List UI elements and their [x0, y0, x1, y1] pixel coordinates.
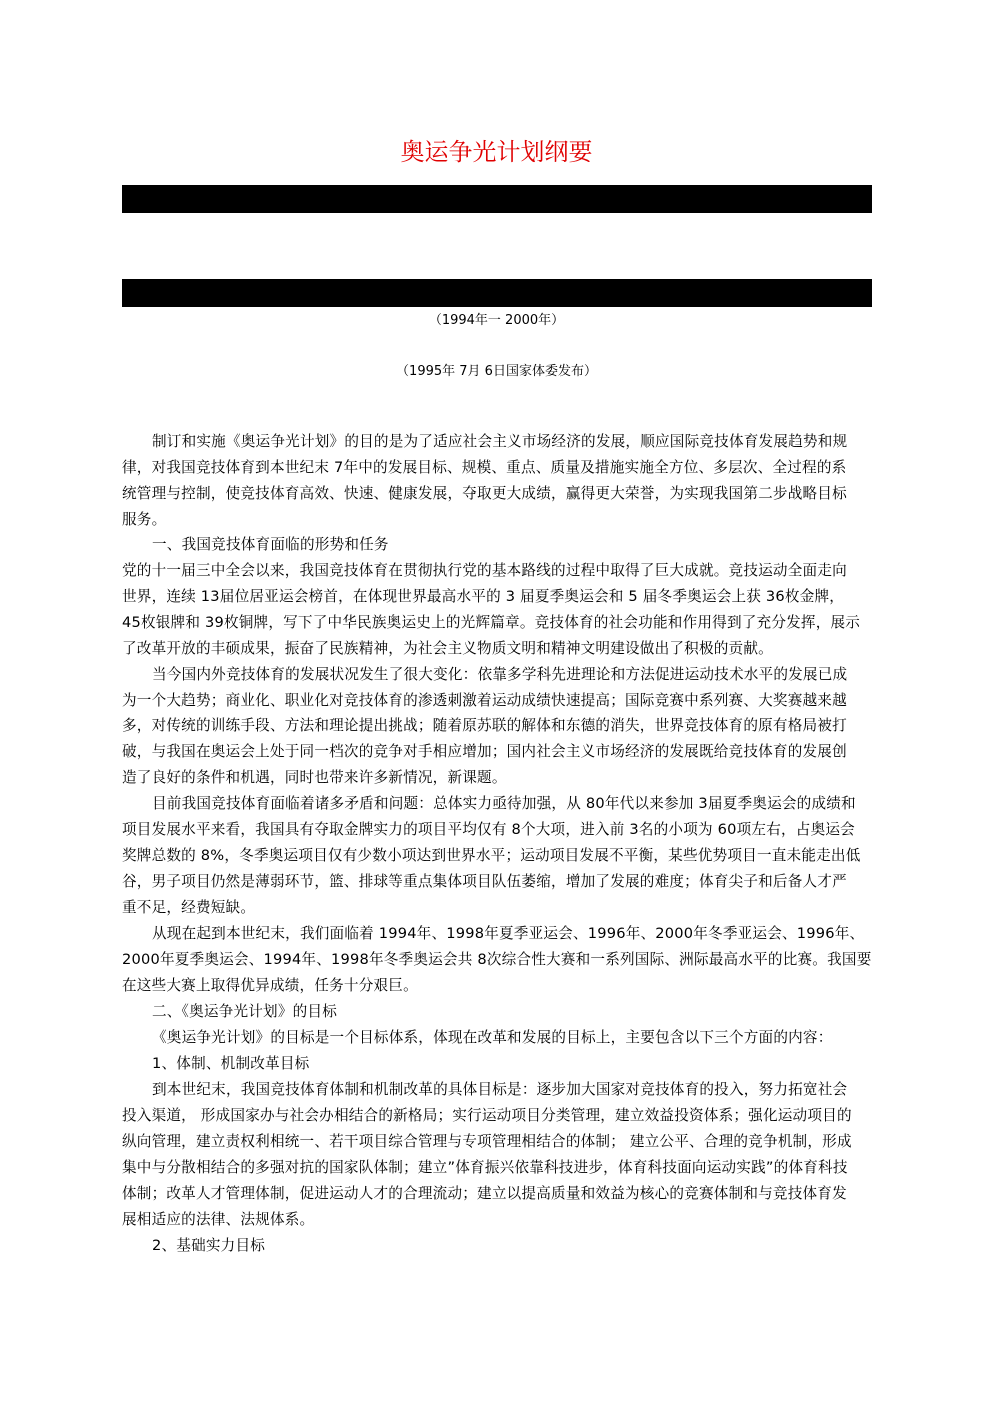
subsection-1-p1-line: 展相适应的法律、法规体系。 — [122, 1210, 314, 1230]
section-1-p4-line: 在这些大赛上取得优异成绩，任务十分艰巨。 — [122, 976, 418, 996]
section-1-p1-line: 世界，连续 13届位居亚运会榜首，在体现世界最高水平的 3 届夏季奥运会和 5 … — [122, 587, 844, 607]
date-range: （1994年一 2000年） — [0, 312, 993, 330]
intro-line: 制订和实施《奥运争光计划》的目的是为了适应社会主义市场经济的发展，顺应国际竞技体… — [152, 432, 847, 452]
subsection-1-p1-line: 集中与分散相结合的多强对抗的国家队体制；建立”体育振兴依靠科技进步，体育科技面向… — [122, 1158, 848, 1178]
intro-line: 统管理与控制，使竞技体育高效、快速、健康发展，夺取更大成绩，赢得更大荣誉，为实现… — [122, 484, 847, 504]
intro-line: 律，对我国竞技体育到本世纪末 7年中的发展目标、规模、重点、质量及措施实施全方位… — [122, 458, 846, 478]
section-1-p2-line: 破，与我国在奥运会上处于同一档次的竞争对手相应增加；国内社会主义市场经济的发展既… — [122, 742, 847, 762]
redaction-bar — [122, 279, 872, 307]
section-1-p3-line: 谷，男子项目仍然是薄弱环节，篮、排球等重点集体项目队伍萎缩，增加了发展的难度；体… — [122, 872, 847, 892]
section-1-p2-line: 多，对传统的训练手段、方法和理论提出挑战；随着原苏联的解体和东德的消失，世界竞技… — [122, 716, 847, 736]
document-page: 奥运争光计划纲要 （1994年一 2000年） （1995年 7月 6日国家体委… — [0, 0, 993, 1404]
subsection-1-p1-line: 体制；改革人才管理体制，促进运动人才的合理流动；建立以提高质量和效益为核心的竞赛… — [122, 1184, 847, 1204]
section-1-p2-line: 为一个大趋势；商业化、职业化对竞技体育的渗透刺激着运动成绩快速提高；国际竞赛中系… — [122, 691, 847, 711]
section-2-intro: 《奥运争光计划》的目标是一个目标体系，体现在改革和发展的目标上，主要包含以下三个… — [152, 1028, 833, 1048]
section-1-heading: 一、我国竞技体育面临的形势和任务 — [152, 535, 389, 555]
section-1-p2-line: 造了良好的条件和机遇，同时也带来许多新情况，新课题。 — [122, 768, 507, 788]
section-1-p1-line: 党的十一届三中全会以来，我国竞技体育在贯彻执行党的基本路线的过程中取得了巨大成就… — [122, 561, 847, 581]
subsection-1-heading: 1、体制、机制改革目标 — [152, 1054, 309, 1074]
section-2-heading: 二、《奥运争光计划》的目标 — [152, 1002, 337, 1022]
section-1-p3-line: 奖牌总数的 8%，冬季奥运项目仅有少数小项达到世界水平；运动项目发展不平衡，某些… — [122, 846, 861, 866]
intro-line: 服务。 — [122, 510, 166, 530]
publication-note: （1995年 7月 6日国家体委发布） — [0, 363, 993, 381]
redaction-bar — [122, 185, 872, 213]
section-1-p4-line: 从现在起到本世纪末，我们面临着 1994年、1998年夏季亚运会、1996年、2… — [152, 924, 864, 944]
section-1-p3-line: 目前我国竞技体育面临着诸多矛盾和问题：总体实力亟待加强，从 80年代以来参加 3… — [152, 794, 856, 814]
subsection-1-p1-line: 到本世纪末，我国竞技体育体制和机制改革的具体目标是：逐步加大国家对竞技体育的投入… — [152, 1080, 847, 1100]
subsection-1-p1-line: 纵向管理，建立责权利相统一、若干项目综合管理与专项管理相结合的体制； 建立公平、… — [122, 1132, 852, 1152]
section-1-p2-line: 当今国内外竞技体育的发展状况发生了很大变化：依靠多学科先进理论和方法促进运动技术… — [152, 665, 847, 685]
section-1-p3-line: 项目发展水平来看，我国具有夺取金牌实力的项目平均仅有 8个大项，进入前 3名的小… — [122, 820, 855, 840]
section-1-p3-line: 重不足，经费短缺。 — [122, 898, 255, 918]
section-1-p1-line: 了改革开放的丰硕成果，振奋了民族精神，为社会主义物质文明和精神文明建设做出了积极… — [122, 639, 773, 659]
subsection-2-heading: 2、基础实力目标 — [152, 1236, 265, 1256]
section-1-p1-line: 45枚银牌和 39枚铜牌，写下了中华民族奥运史上的光辉篇章。竞技体育的社会功能和… — [122, 613, 860, 633]
section-1-p4-line: 2000年夏季奥运会、1994年、1998年冬季奥运会共 8次综合性大赛和一系列… — [122, 950, 872, 970]
subsection-1-p1-line: 投入渠道， 形成国家办与社会办相结合的新格局；实行运动项目分类管理，建立效益投资… — [122, 1106, 852, 1126]
document-title: 奥运争光计划纲要 — [0, 136, 993, 168]
